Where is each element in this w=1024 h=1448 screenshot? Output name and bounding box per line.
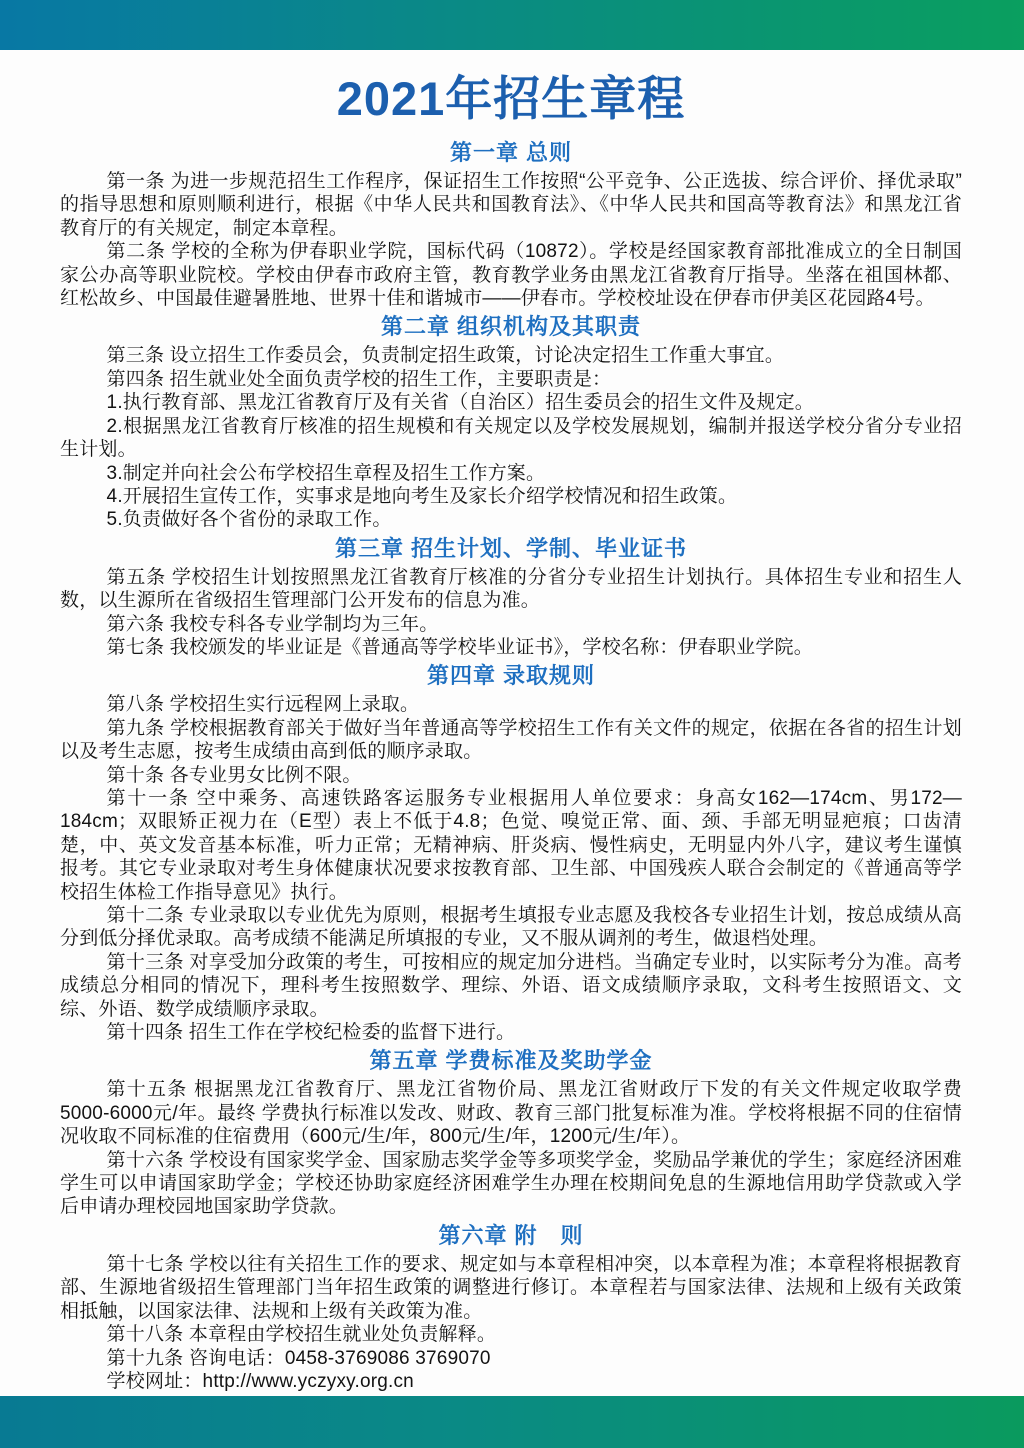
paragraph: 5.负责做好各个省份的录取工作。 — [60, 508, 962, 531]
chapter-heading: 第五章 学费标准及奖助学金 — [60, 1046, 962, 1076]
paragraph: 第三条 设立招生工作委员会，负责制定招生政策，讨论决定招生工作重大事宜。 — [60, 344, 962, 367]
chapter-heading: 第四章 录取规则 — [60, 661, 962, 691]
paragraph: 第十八条 本章程由学校招生就业处负责解释。 — [60, 1323, 962, 1346]
chapter-heading: 第一章 总则 — [60, 138, 962, 168]
paragraph: 第七条 我校颁发的毕业证是《普通高等学校毕业证书》，学校名称：伊春职业学院。 — [60, 636, 962, 659]
chapter-heading: 第六章 附 则 — [60, 1221, 962, 1251]
paragraph: 1.执行教育部、黑龙江省教育厅及有关省（自治区）招生委员会的招生文件及规定。 — [60, 391, 962, 414]
paragraph: 第十三条 对享受加分政策的考生，可按相应的规定加分进档。当确定专业时，以实际考分… — [60, 951, 962, 1021]
paragraph: 第十一条 空中乘务、高速铁路客运服务专业根据用人单位要求：身高女162—174c… — [60, 787, 962, 904]
paragraph: 第六条 我校专科各专业学制均为三年。 — [60, 613, 962, 636]
paragraph: 第十条 各专业男女比例不限。 — [60, 764, 962, 787]
document-page: 2021年招生章程 第一章 总则第一条 为进一步规范招生工作程序，保证招生工作按… — [0, 0, 1024, 1448]
paragraph: 3.制定并向社会公布学校招生章程及招生工作方案。 — [60, 462, 962, 485]
paragraph: 第十四条 招生工作在学校纪检委的监督下进行。 — [60, 1021, 962, 1044]
paragraph: 第十七条 学校以往有关招生工作的要求、规定如与本章程相冲突，以本章程为准；本章程… — [60, 1253, 962, 1323]
chapter-heading: 第三章 招生计划、学制、毕业证书 — [60, 534, 962, 564]
top-gradient-bar — [0, 0, 1024, 50]
paragraph: 第八条 学校招生实行远程网上录取。 — [60, 693, 962, 716]
paragraph: 第二条 学校的全称为伊春职业学院，国标代码（10872）。学校是经国家教育部批准… — [60, 240, 962, 310]
paragraph: 第一条 为进一步规范招生工作程序，保证招生工作按照“公平竞争、公正选拔、综合评价… — [60, 170, 962, 240]
paragraph: 2.根据黑龙江省教育厅核准的招生规模和有关规定以及学校发展规划，编制并报送学校分… — [60, 415, 962, 462]
paragraph: 第十五条 根据黑龙江省教育厅、黑龙江省物价局、黑龙江省财政厅下发的有关文件规定收… — [60, 1078, 962, 1148]
paragraph: 第五条 学校招生计划按照黑龙江省教育厅核准的分省分专业招生计划执行。具体招生专业… — [60, 566, 962, 613]
paragraph: 第十六条 学校设有国家奖学金、国家励志奖学金等多项奖学金，奖励品学兼优的学生；家… — [60, 1149, 962, 1219]
paragraph: 第十九条 咨询电话：0458-3769086 3769070 — [60, 1347, 962, 1370]
bottom-gradient-bar — [0, 1396, 1024, 1448]
paragraph: 第九条 学校根据教育部关于做好当年普通高等学校招生工作有关文件的规定，依据在各省… — [60, 717, 962, 764]
paragraph: 第四条 招生就业处全面负责学校的招生工作，主要职责是： — [60, 368, 962, 391]
page-title: 2021年招生章程 — [60, 72, 962, 126]
paragraph: 4.开展招生宣传工作，实事求是地向考生及家长介绍学校情况和招生政策。 — [60, 485, 962, 508]
paragraph: 学校网址：http://www.yczyxy.org.cn — [60, 1370, 962, 1393]
document-content: 2021年招生章程 第一章 总则第一条 为进一步规范招生工作程序，保证招生工作按… — [60, 50, 962, 1393]
paragraph: 第十二条 专业录取以专业优先为原则，根据考生填报专业志愿及我校各专业招生计划，按… — [60, 904, 962, 951]
chapters-container: 第一章 总则第一条 为进一步规范招生工作程序，保证招生工作按照“公平竞争、公正选… — [60, 138, 962, 1393]
chapter-heading: 第二章 组织机构及其职责 — [60, 312, 962, 342]
